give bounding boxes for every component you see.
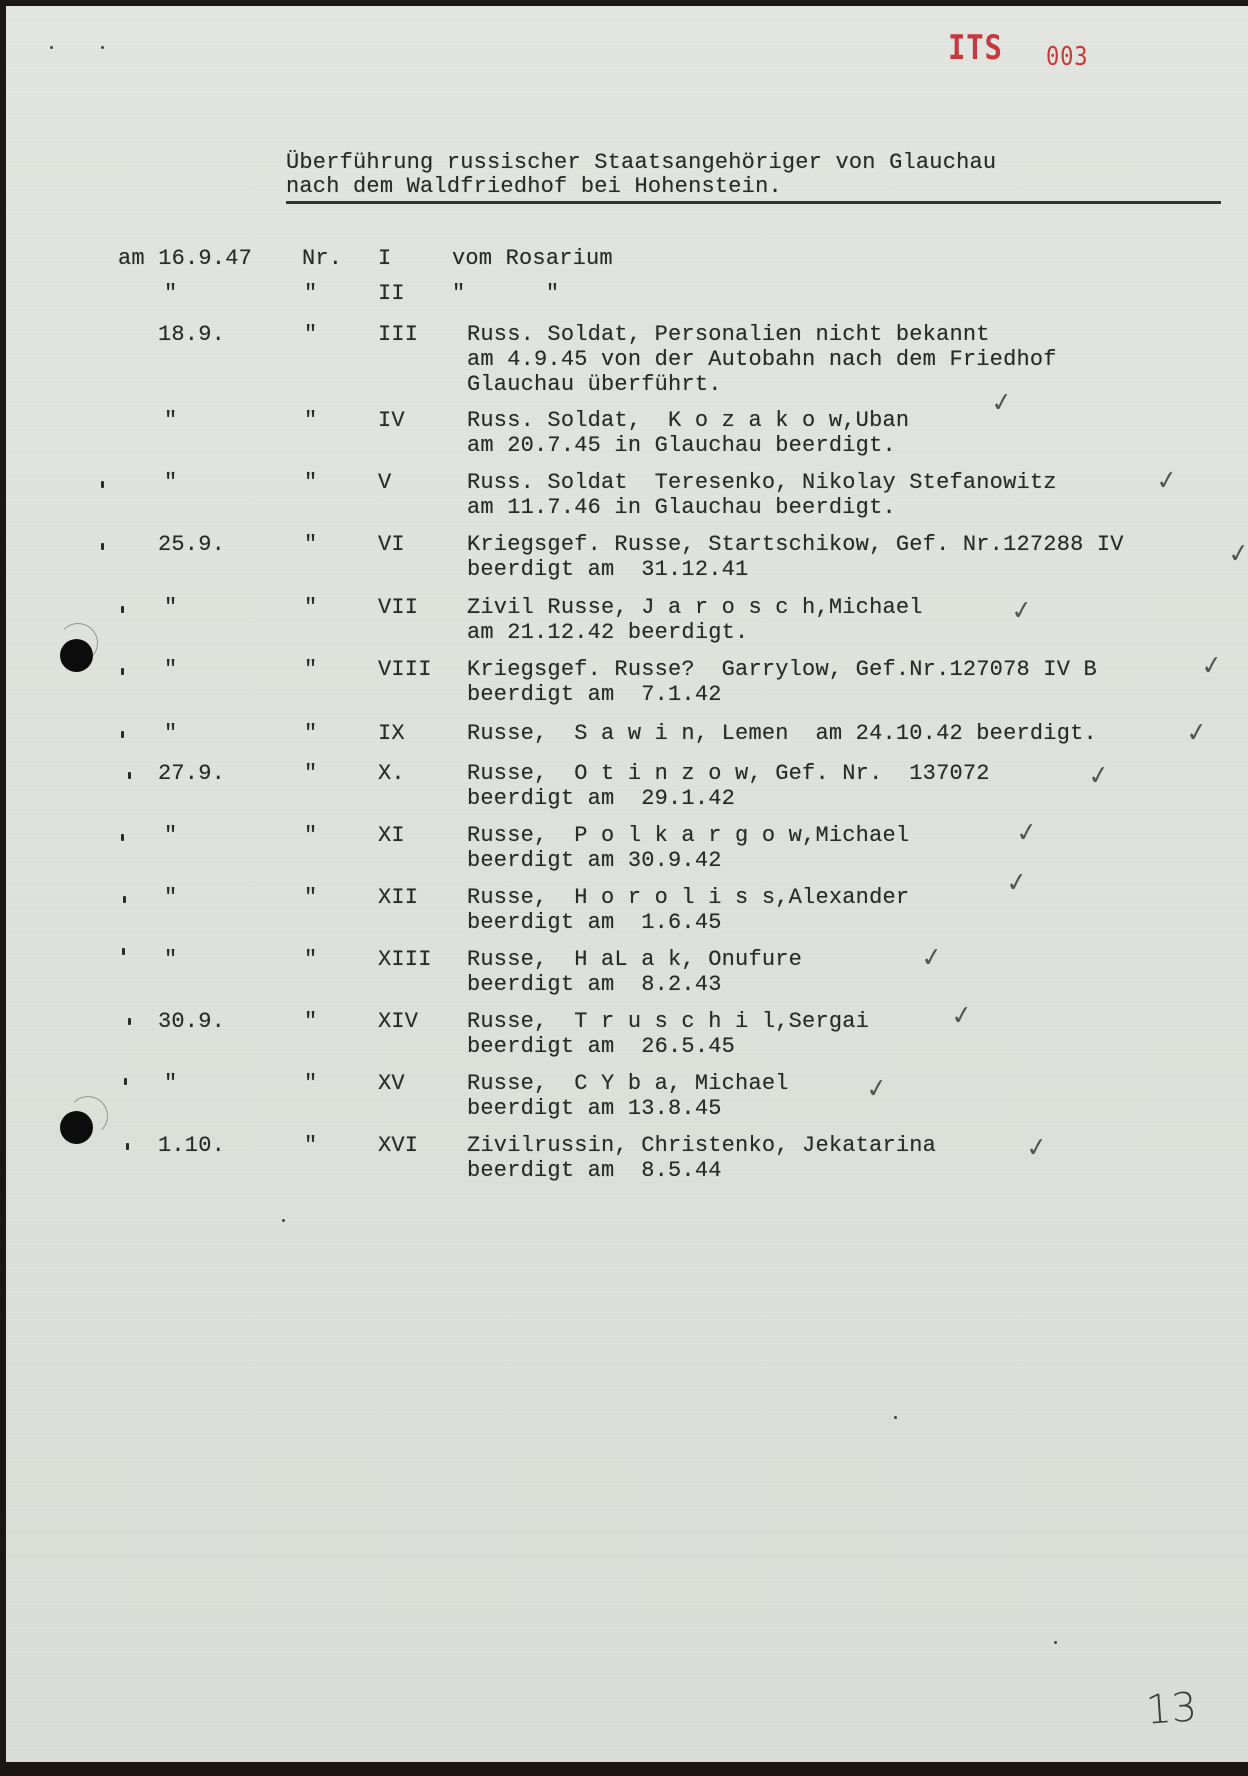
entry-date: " (164, 408, 177, 433)
handwritten-checkmark-icon: ✓ (1009, 595, 1035, 628)
entry-description: vom Rosarium (452, 246, 613, 271)
handwritten-checkmark-icon: ✓ (1004, 867, 1030, 900)
entry-date: " (164, 947, 177, 972)
handwritten-checkmark-icon: ✓ (919, 942, 945, 975)
entry-description-line: beerdigt am 31.12.41 (467, 557, 1124, 582)
entry-description: Russe, S a w i n, Lemen am 24.10.42 beer… (467, 721, 1097, 746)
entry-description-line: Kriegsgef. Russe, Startschikow, Gef. Nr.… (467, 532, 1124, 557)
entry-date: " (164, 1071, 177, 1096)
entry-date: " (164, 281, 177, 306)
entry-nr: " (304, 761, 317, 786)
entry-description-line: beerdigt am 26.5.45 (467, 1034, 869, 1059)
entry-description-line: beerdigt am 13.8.45 (467, 1096, 789, 1121)
handwritten-checkmark-icon: ✓ (1154, 465, 1180, 498)
entry-nr: " (304, 823, 317, 848)
entry-description: Russ. Soldat, K o z a k o w,Ubanam 20.7.… (467, 408, 909, 458)
entry-roman-number: VIII (378, 657, 432, 682)
entry-nr: " (304, 595, 317, 620)
handwritten-checkmark-icon: ✓ (1199, 650, 1225, 683)
title-underline (286, 201, 1221, 204)
entry-nr: " (304, 470, 317, 495)
handwritten-checkmark-icon: ✓ (949, 1000, 975, 1033)
entry-nr: " (304, 657, 317, 682)
document-title-line-1: Überführung russischer Staatsangehöriger… (286, 150, 996, 175)
entry-date: " (164, 823, 177, 848)
entry-description-line: Russe, H aL a k, Onufure (467, 947, 802, 972)
entry-roman-number: II (378, 281, 405, 306)
handwritten-checkmark-icon: ✓ (1014, 817, 1040, 850)
entry-date: 27.9. (158, 761, 225, 786)
entry-description: Russ. Soldat, Personalien nicht bekannta… (467, 322, 1057, 397)
entry-description-line: beerdigt am 8.5.44 (467, 1158, 936, 1183)
entry-description: Zivil Russe, J a r o s c h,Michaelam 21.… (467, 595, 923, 645)
stamp-label: ITS (948, 28, 1003, 68)
entry-description-line: beerdigt am 8.2.43 (467, 972, 802, 997)
entry-nr: " (304, 408, 317, 433)
entry-description: Russe, P o l k a r g o w,Michaelbeerdigt… (467, 823, 909, 873)
paper-speck (1054, 1641, 1057, 1644)
entry-roman-number: III (378, 322, 418, 347)
entry-nr: " (304, 721, 317, 746)
entry-roman-number: IX (378, 721, 405, 746)
entry-description-line: Russe, T r u s c h i l,Sergai (467, 1009, 869, 1034)
entry-description-line: beerdigt am 1.6.45 (467, 910, 909, 935)
entry-description: Russ. Soldat Teresenko, Nikolay Stefanow… (467, 470, 1057, 520)
margin-tick-mark (122, 948, 125, 955)
margin-tick-mark (121, 731, 124, 738)
entry-description-line: Russ. Soldat, K o z a k o w,Uban (467, 408, 909, 433)
handwritten-checkmark-icon: ✓ (1086, 760, 1112, 793)
handwritten-checkmark-icon: ✓ (864, 1073, 890, 1106)
punch-hole (60, 1111, 93, 1144)
paper-speck (282, 1219, 285, 1222)
entry-roman-number: I (378, 246, 391, 271)
paper-speck (101, 46, 104, 49)
entry-date: " (164, 657, 177, 682)
punch-hole (60, 639, 93, 672)
entry-roman-number: XIV (378, 1009, 418, 1034)
entry-description-line: " " (452, 281, 559, 306)
entry-description-line: Russe, C Y b a, Michael (467, 1071, 789, 1096)
entry-description-line: Russe, S a w i n, Lemen am 24.10.42 beer… (467, 721, 1097, 746)
margin-tick-mark (121, 668, 124, 675)
margin-tick-mark (123, 896, 126, 903)
margin-tick-mark (101, 543, 104, 550)
document-title-line-2: nach dem Waldfriedhof bei Hohenstein. (286, 174, 782, 199)
entry-nr: " (304, 1071, 317, 1096)
entry-description-line: am 21.12.42 beerdigt. (467, 620, 923, 645)
margin-tick-mark (128, 772, 131, 779)
margin-tick-mark (121, 834, 124, 841)
entry-date: 1.10. (158, 1133, 225, 1158)
entry-nr: " (304, 885, 317, 910)
entry-description-line: Russ. Soldat Teresenko, Nikolay Stefanow… (467, 470, 1057, 495)
entry-nr: " (304, 322, 317, 347)
entry-description: Russe, H o r o l i s s,Alexanderbeerdigt… (467, 885, 909, 935)
entry-description: Kriegsgef. Russe? Garrylow, Gef.Nr.12707… (467, 657, 1097, 707)
handwritten-checkmark-icon: ✓ (1024, 1132, 1050, 1165)
entry-date: " (164, 721, 177, 746)
entry-roman-number: V (378, 470, 391, 495)
entry-nr: " (304, 281, 317, 306)
margin-tick-mark (126, 1143, 129, 1150)
margin-tick-mark (128, 1018, 131, 1025)
entry-description-line: vom Rosarium (452, 246, 613, 271)
margin-tick-mark (124, 1078, 127, 1085)
handwritten-page-number: 13 (1144, 1684, 1198, 1733)
entry-description-line: am 11.7.46 in Glauchau beerdigt. (467, 495, 1057, 520)
entry-roman-number: XIII (378, 947, 432, 972)
entry-description-line: beerdigt am 30.9.42 (467, 848, 909, 873)
handwritten-checkmark-icon: ✓ (989, 387, 1015, 420)
entry-date: " (164, 470, 177, 495)
entry-description-line: Glauchau überführt. (467, 372, 1057, 397)
entry-description-line: Russe, H o r o l i s s,Alexander (467, 885, 909, 910)
entry-date: am 16.9.47 (118, 246, 252, 271)
entry-description-line: Kriegsgef. Russe? Garrylow, Gef.Nr.12707… (467, 657, 1097, 682)
entry-description-line: Russe, O t i n z o w, Gef. Nr. 137072 (467, 761, 990, 786)
paper-speck (50, 46, 53, 49)
entry-nr: " (304, 1009, 317, 1034)
entry-description: Zivilrussin, Christenko, Jekatarinabeerd… (467, 1133, 936, 1183)
entry-date: 25.9. (158, 532, 225, 557)
entry-roman-number: XV (378, 1071, 405, 1096)
entry-roman-number: XII (378, 885, 418, 910)
document-page: ITS 003 Überführung russischer Staatsang… (6, 6, 1248, 1762)
entry-date: 30.9. (158, 1009, 225, 1034)
entry-description-line: Russ. Soldat, Personalien nicht bekannt (467, 322, 1057, 347)
entry-description-line: beerdigt am 29.1.42 (467, 786, 990, 811)
entry-description: Russe, C Y b a, Michaelbeerdigt am 13.8.… (467, 1071, 789, 1121)
entry-nr: Nr. (302, 246, 342, 271)
handwritten-checkmark-icon: ✓ (1184, 717, 1210, 750)
entry-description-line: beerdigt am 7.1.42 (467, 682, 1097, 707)
entry-roman-number: X. (378, 761, 405, 786)
entry-description: Russe, H aL a k, Onufurebeerdigt am 8.2.… (467, 947, 802, 997)
entry-description: Russe, T r u s c h i l,Sergaibeerdigt am… (467, 1009, 869, 1059)
entry-date: " (164, 595, 177, 620)
margin-tick-mark (101, 481, 104, 488)
entry-nr: " (304, 947, 317, 972)
margin-tick-mark (121, 606, 124, 613)
entry-date: " (164, 885, 177, 910)
entry-description: Russe, O t i n z o w, Gef. Nr. 137072bee… (467, 761, 990, 811)
handwritten-checkmark-icon: ✓ (1226, 538, 1248, 571)
entry-description-line: am 20.7.45 in Glauchau beerdigt. (467, 433, 909, 458)
stamp-number: 003 (1046, 42, 1088, 72)
entry-roman-number: VII (378, 595, 418, 620)
entry-description-line: Zivilrussin, Christenko, Jekatarina (467, 1133, 936, 1158)
entry-description-line: Russe, P o l k a r g o w,Michael (467, 823, 909, 848)
entry-description-line: Zivil Russe, J a r o s c h,Michael (467, 595, 923, 620)
entry-description: " " (452, 281, 559, 306)
entry-nr: " (304, 1133, 317, 1158)
entry-description-line: am 4.9.45 von der Autobahn nach dem Frie… (467, 347, 1057, 372)
entry-roman-number: VI (378, 532, 405, 557)
entry-description: Kriegsgef. Russe, Startschikow, Gef. Nr.… (467, 532, 1124, 582)
entry-roman-number: XI (378, 823, 405, 848)
entry-date: 18.9. (158, 322, 225, 347)
paper-speck (894, 1416, 897, 1419)
entry-roman-number: XVI (378, 1133, 418, 1158)
entry-nr: " (304, 532, 317, 557)
entry-roman-number: IV (378, 408, 405, 433)
